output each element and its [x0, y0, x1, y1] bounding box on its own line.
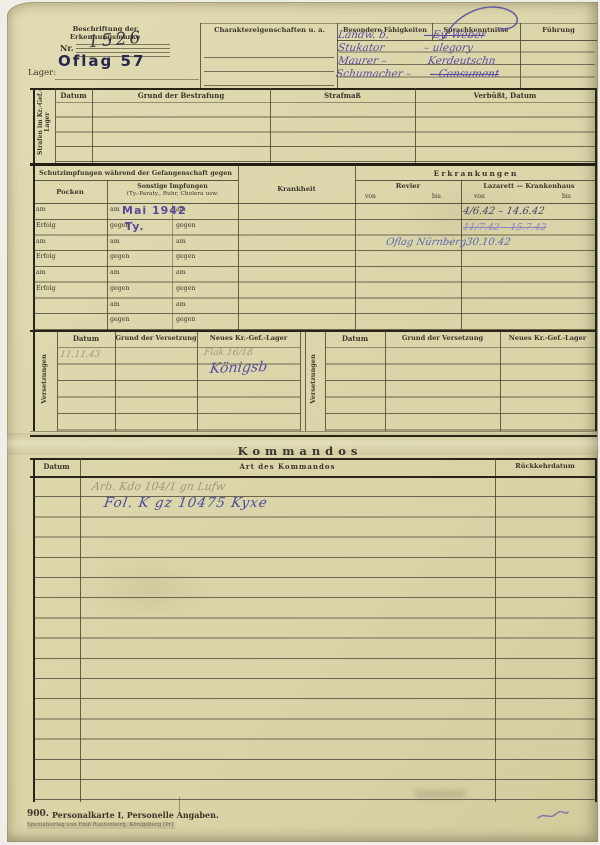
row-label-gegen: gegen — [110, 316, 130, 323]
handwritten-skill: Schumacher – — [335, 68, 412, 80]
row-label-gegen: gegen — [110, 285, 130, 292]
kommandos-col-datum: Datum — [33, 462, 80, 471]
versetzungen-col-grund: Grund der Versetzung — [115, 334, 197, 342]
revier-bis-label: bis — [432, 193, 441, 200]
strafen-col-datum: Datum — [55, 91, 92, 100]
form-title: Personalkarte I, Personelle Angaben. — [52, 810, 219, 820]
lazarett-bis-label: bis — [562, 193, 571, 200]
strafen-ruled-lines — [56, 103, 595, 162]
divider — [595, 165, 597, 330]
divider — [355, 180, 597, 181]
row-label-am: am — [110, 269, 120, 276]
row-label-am: am — [36, 206, 46, 213]
strafen-side-label: Strafen im Kr.-Gef.-Lager — [37, 87, 51, 157]
handwritten-skill: Landw. b. — [337, 29, 390, 41]
col-sonstige-2: (Ty.-Paraty., Ruhr, Cholera usw. — [107, 191, 238, 197]
handwritten-skill: Stukator — [337, 42, 385, 54]
row-label-am: am — [176, 269, 186, 276]
col-sonstige-1: Sonstige Impfungen — [107, 183, 238, 190]
handwritten-language: – ulegory — [423, 42, 474, 54]
printer-line: Spezialverlag von Emil Rautenberg, König… — [27, 822, 175, 829]
row-label-am: am — [36, 238, 46, 245]
charakter-label: Charaktereigenschaften u. a. — [202, 26, 337, 34]
versetzungen-ruled-lines — [326, 348, 595, 431]
versetzung-lager-pencil-handwritten: Flak 16/18 — [203, 348, 253, 358]
versetzung-datum-handwritten: 11.11.43 — [59, 350, 101, 360]
pencil-smudge — [415, 790, 465, 798]
strafen-col-verbuesst: Verbüßt, Datum — [415, 91, 595, 100]
kommandos-col-rueckkehr: Rückkehrdatum — [495, 462, 595, 470]
divider — [55, 79, 199, 80]
row-label-gegen: gegen — [176, 222, 196, 229]
vaccination-month-stamp: Mai 1942 — [122, 204, 187, 217]
versetzungen-col-datum: Datum — [325, 334, 385, 343]
kommandos-ruled-lines — [34, 477, 595, 801]
divider — [33, 180, 238, 181]
divider — [595, 458, 597, 802]
row-label-gegen: gegen — [176, 285, 196, 292]
versetzung-lager-ink-handwritten: Königsb — [209, 359, 268, 377]
col-pocken: Pocken — [33, 188, 107, 196]
divider — [300, 331, 301, 431]
divider — [30, 163, 597, 166]
kommando-entry-ink-handwritten: Fol. K gz 10475 Kyxe — [103, 495, 269, 511]
divider — [305, 331, 306, 431]
row-label-erfolg: Erfolg — [36, 253, 56, 260]
divider — [595, 88, 597, 164]
versetzungen-side-label: Versetzungen — [40, 345, 48, 413]
handwritten-skill: Maurer – — [337, 55, 388, 67]
divider — [33, 88, 35, 164]
versetzungen-col-neues-lager: Neues Kr.-Gef.-Lager — [500, 334, 595, 342]
row-label-erfolg: Erfolg — [36, 222, 56, 229]
divider — [30, 435, 597, 437]
handwritten-language: Kerdeutschn — [427, 55, 496, 67]
lager-stamp: Oflag 57 — [58, 52, 145, 70]
handwritten-language: – Consument — [429, 68, 500, 80]
col-lazarett: Lazarett — Krankenhaus — [461, 182, 597, 190]
row-label-am: am — [110, 238, 120, 245]
form-number: 900. — [27, 809, 49, 819]
revier-entry-handwritten: Oflag Nürnberg — [385, 237, 467, 248]
col-revier: Revier — [355, 182, 461, 190]
lazarett-entry-handwritten: 11/7.42 – 15.7.42 — [462, 222, 547, 233]
revier-von-label: von — [365, 193, 376, 200]
erkrankungen-title: Erkrankungen — [355, 169, 597, 178]
row-label-gegen: gegen — [176, 316, 196, 323]
col-krankheit: Krankheit — [238, 185, 355, 193]
lager-label: Lager: — [28, 68, 56, 78]
row-label-gegen: gegen — [176, 253, 196, 260]
divider — [30, 458, 597, 460]
row-label-erfolg: Erfolg — [36, 285, 56, 292]
impfungen-title: Schutzimpfungen während der Gefangenscha… — [33, 169, 238, 177]
divider — [200, 23, 201, 88]
charakter-ruled-lines — [204, 44, 334, 87]
personalkarte-scan: Beschriftung der Erkennungsmarke Nr. 152… — [0, 0, 600, 845]
lazarett-entry-handwritten: 4/6.42 – 14.6.42 — [462, 206, 545, 217]
pen-stroke — [440, 2, 550, 42]
strafen-col-strafmass: Strafmaß — [270, 91, 415, 100]
lazarett-von-label: von — [474, 193, 485, 200]
versetzungen-col-datum: Datum — [57, 334, 115, 343]
row-label-am: am — [110, 301, 120, 308]
lazarett-entry-handwritten: 30.10.42 — [465, 237, 511, 248]
versetzungen-col-neues-lager: Neues Kr.-Gef.-Lager — [197, 334, 300, 342]
row-label-am: am — [176, 301, 186, 308]
row-label-am: am — [176, 238, 186, 245]
row-label-am: am — [110, 206, 120, 213]
row-label-am: am — [36, 269, 46, 276]
kommando-entry-pencil-handwritten: Arb. Kdo 104/1 gn Lufw — [91, 480, 226, 493]
row-label-gegen: gegen — [110, 253, 130, 260]
versetzungen-side-label: Versetzungen — [309, 345, 317, 413]
versetzungen-col-grund: Grund der Versetzung — [385, 334, 500, 342]
pen-mark — [536, 808, 570, 822]
strafen-col-grund: Grund der Bestrafung — [92, 91, 270, 100]
kommandos-col-art: Art des Kommandos — [80, 462, 495, 471]
divider — [595, 331, 597, 431]
kommandos-title: Kommandos — [0, 444, 600, 458]
vaccination-type-stamp: Ty. — [125, 220, 145, 233]
divider — [33, 331, 35, 431]
divider — [30, 88, 597, 90]
divider — [30, 431, 597, 432]
